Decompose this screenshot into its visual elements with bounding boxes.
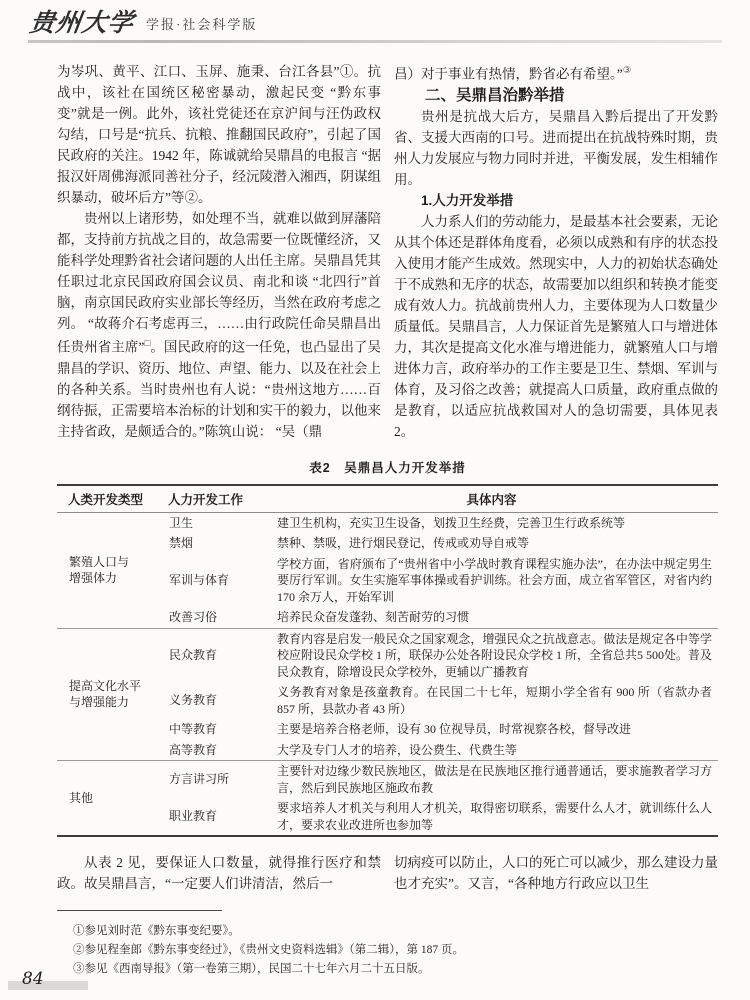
- table-row: 义务教育 义务教育对象是孩童教育。在民国二十七年，短期小学全省有 900 所（省…: [57, 682, 718, 719]
- paragraph: 贵州以上诸形势，如处理不当，就难以做到屏藩陪都，支持前方抗战之目的，故急需要一位…: [57, 208, 381, 442]
- content-cell: 教育内容是启发一般民众之国家观念，增强民众之抗战意志。做法是规定各中等学校应附设…: [265, 628, 718, 682]
- page-number: 84: [22, 969, 44, 989]
- footnote-marker: ③: [623, 66, 632, 76]
- table-header-cell: 具体内容: [265, 485, 718, 513]
- footnotes-block: ①参见刘时范《黔东事变纪要》。 ②参见程奎郎《黔东事变经过》，《贵州文史资料选辑…: [57, 922, 718, 979]
- table-row: 繁殖人口与 增强体力 卫生 建卫生机构，充实卫生设备，划拨卫生经费，完善卫生行政…: [57, 512, 718, 533]
- table-header-cell: 人力开发工作: [157, 485, 265, 513]
- category-cell: 其他: [57, 761, 157, 837]
- journal-subtitle: 学报·社会科学版: [146, 14, 257, 35]
- content-cell: 大学及专门人才的培养，设公费生、代费生等: [265, 740, 718, 761]
- content-cell: 学校方面，省府颁布了“贵州省中小学战时教育课程实施办法”，在办法中规定男生要厉行…: [265, 554, 718, 608]
- content-cell: 义务教育对象是孩童教育。在民国二十七年，短期小学全省有 900 所（省款办者 8…: [265, 682, 718, 719]
- journal-page: 贵州大学 学报·社会科学版 为岑巩、黄平、江口、玉屏、施秉、台江各县”①。抗战中…: [0, 0, 750, 1000]
- paragraph-text: 昌）对于事业有热情，黔省必有希望。”: [394, 67, 623, 82]
- section-heading: 二、吴鼎昌治黔举措: [394, 85, 718, 106]
- bottom-columns: 从表 2 见，要保证人口数量，就得推行医疗和禁政。故吴鼎昌言，“一定要人们讲清洁…: [57, 852, 718, 894]
- footnote-separator: [57, 910, 222, 911]
- table-row: 禁烟 禁种、禁吸，进行烟民登记，传戒或劝导自戒等: [57, 533, 718, 554]
- footnote: ①参见刘时范《黔东事变纪要》。: [57, 922, 718, 941]
- footnote: ③参见《西南导报》（第一卷第三期），民国二十七年六月二十五日版。: [57, 960, 718, 979]
- right-column: 昌）对于事业有热情，黔省必有希望。”③ 二、吴鼎昌治黔举措 贵州是抗战大后方，吴…: [394, 61, 718, 442]
- table-header-cell: 人类开发类型: [57, 485, 157, 513]
- work-cell: 方言讲习所: [157, 761, 265, 799]
- content-cell: 要求培养人才机关与利用人才机关，取得密切联系，需要什么人才，就训练什么人才，要求…: [265, 798, 718, 836]
- paragraph-continuation: 昌）对于事业有热情，黔省必有希望。”③: [394, 61, 718, 85]
- page-number-bar: [8, 981, 88, 990]
- category-cell: 提高文化水平 与增强能力: [57, 628, 157, 761]
- paragraph-continuation: 为岑巩、黄平、江口、玉屏、施秉、台江各县”①。抗战中，该社在国统区秘密暴动，激起…: [57, 61, 381, 208]
- left-column: 为岑巩、黄平、江口、玉屏、施秉、台江各县”①。抗战中，该社在国统区秘密暴动，激起…: [57, 61, 381, 442]
- table-row: 高等教育 大学及专门人才的培养，设公费生、代费生等: [57, 740, 718, 761]
- top-columns: 为岑巩、黄平、江口、玉屏、施秉、台江各县”①。抗战中，该社在国统区秘密暴动，激起…: [57, 61, 718, 442]
- sub-heading: 1.人力开发举措: [394, 190, 718, 211]
- content-cell: 禁种、禁吸，进行烟民登记，传戒或劝导自戒等: [265, 533, 718, 554]
- table-row: 提高文化水平 与增强能力 民众教育 教育内容是启发一般民众之国家观念，增强民众之…: [57, 628, 718, 682]
- content-cell: 培养民众奋发蓬勃、刻苦耐劳的习惯: [265, 607, 718, 628]
- bottom-right-column: 切病疫可以防止，人口的死亡可以减少，那么建设力量也才充实”。又言，“各种地方行政…: [394, 852, 718, 894]
- work-cell: 高等教育: [157, 740, 265, 761]
- work-cell: 职业教育: [157, 798, 265, 836]
- table-header-row: 人类开发类型 人力开发工作 具体内容: [57, 485, 718, 513]
- work-cell: 卫生: [157, 512, 265, 533]
- measures-table: 人类开发类型 人力开发工作 具体内容 繁殖人口与 增强体力 卫生 建卫生机构，充…: [57, 484, 718, 838]
- content-cell: 主要是培养合格老师，设有 30 位视导员，时常视察各校，督导改进: [265, 719, 718, 740]
- paragraph: 贵州是抗战大后方，吴鼎昌入黔后提出了开发黔省、支援大西南的口号。进而提出在抗战特…: [394, 106, 718, 190]
- table-row: 军训与体育 学校方面，省府颁布了“贵州省中小学战时教育课程实施办法”，在办法中规…: [57, 554, 718, 608]
- paragraph: 从表 2 见，要保证人口数量，就得推行医疗和禁政。故吴鼎昌言，“一定要人们讲清洁…: [57, 852, 381, 894]
- journal-logo: 贵州大学: [28, 10, 136, 35]
- table-row: 职业教育 要求培养人才机关与利用人才机关，取得密切联系，需要什么人才，就训练什么…: [57, 798, 718, 836]
- header-rule: [28, 40, 722, 43]
- work-cell: 民众教育: [157, 628, 265, 682]
- work-cell: 义务教育: [157, 682, 265, 719]
- category-cell: 繁殖人口与 增强体力: [57, 512, 157, 628]
- paragraph-text: 贵州以上诸形势，如处理不当，就难以做到屏藩陪都，支持前方抗战之目的，故急需要一位…: [57, 211, 381, 355]
- content-cell: 主要针对边缘少数民族地区，做法是在民族地区推行通普通话，要求施教者学习方言，然后…: [265, 761, 718, 799]
- work-cell: 军训与体育: [157, 554, 265, 608]
- footnote: ②参见程奎郎《黔东事变经过》，《贵州文史资料选辑》（第二辑），第 187 页。: [57, 941, 718, 960]
- table-row: 其他 方言讲习所 主要针对边缘少数民族地区，做法是在民族地区推行通普通话，要求施…: [57, 761, 718, 799]
- paragraph: 人力系人们的劳动能力，是最基本社会要素，无论从其个体还是群体角度看，必须以成熟和…: [394, 211, 718, 442]
- table-title: 表2 吴鼎昌人力开发举措: [57, 458, 718, 476]
- work-cell: 改善习俗: [157, 607, 265, 628]
- bottom-left-column: 从表 2 见，要保证人口数量，就得推行医疗和禁政。故吴鼎昌言，“一定要人们讲清洁…: [57, 852, 381, 894]
- content-cell: 建卫生机构，充实卫生设备，划拨卫生经费，完善卫生行政系统等: [265, 512, 718, 533]
- paragraph-continuation: 切病疫可以防止，人口的死亡可以减少，那么建设力量也才充实”。又言，“各种地方行政…: [394, 852, 718, 894]
- journal-header: 贵州大学 学报·社会科学版: [30, 10, 718, 35]
- work-cell: 禁烟: [157, 533, 265, 554]
- table-row: 中等教育 主要是培养合格老师，设有 30 位视导员，时常视察各校，督导改进: [57, 719, 718, 740]
- work-cell: 中等教育: [157, 719, 265, 740]
- table-row: 改善习俗 培养民众奋发蓬勃、刻苦耐劳的习惯: [57, 607, 718, 628]
